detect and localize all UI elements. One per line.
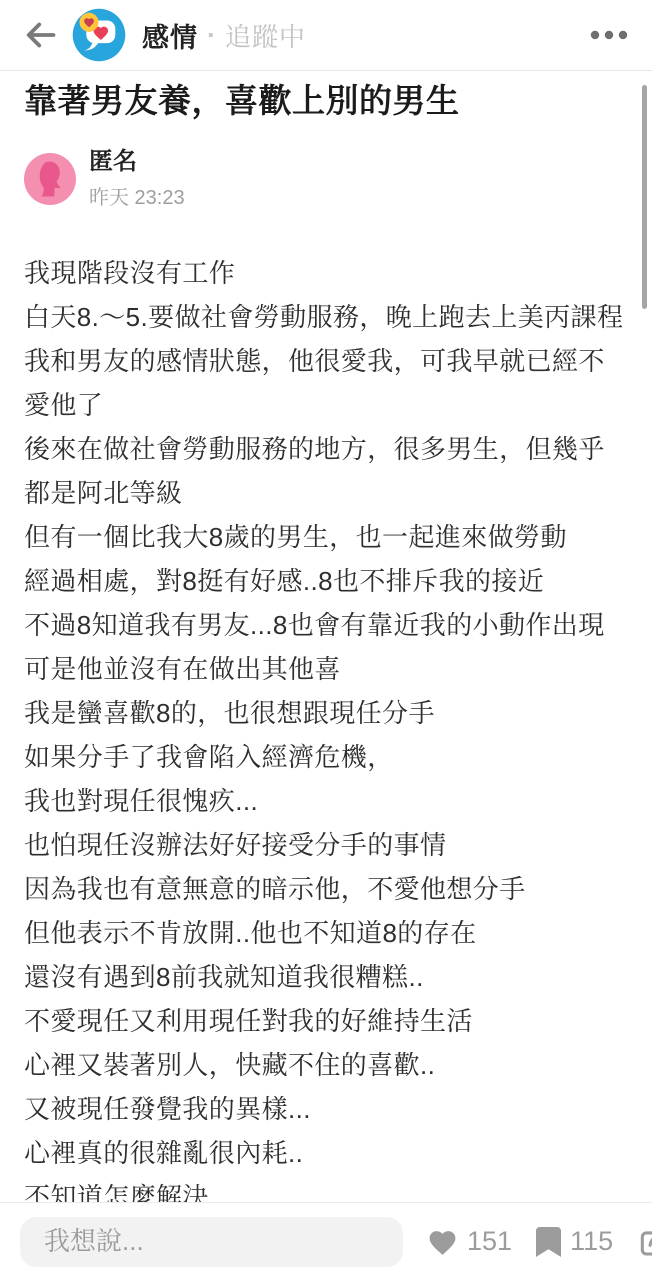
more-horizontal-icon	[590, 30, 628, 40]
heart-icon	[427, 1227, 458, 1256]
anonymous-avatar-icon	[24, 153, 76, 205]
arrow-left-icon	[22, 17, 58, 53]
more-options-button[interactable]	[584, 24, 634, 46]
board-heart-chat-icon	[70, 6, 128, 64]
bookmark-count: 115	[570, 1226, 613, 1257]
back-button[interactable]	[18, 13, 62, 57]
follow-status-label: 追蹤中	[225, 17, 306, 54]
bottom-bar: 151 115 86	[0, 1202, 652, 1280]
share-icon	[637, 1226, 652, 1258]
author-row: 匿名 昨天 23:23	[24, 148, 628, 210]
author-name: 匿名	[89, 148, 185, 176]
post-body-text: 我現階段沒有工作 白天8.～5.要做社會勞動服務，晚上跑去上美丙課程 我和男友的…	[24, 251, 628, 1219]
author-meta: 匿名 昨天 23:23	[89, 148, 185, 210]
like-count: 151	[467, 1226, 512, 1257]
top-bar: 感情 · 追蹤中	[0, 0, 652, 71]
scrollbar-thumb[interactable]	[642, 85, 647, 309]
bookmark-icon	[536, 1227, 561, 1257]
post-timestamp: 昨天 23:23	[89, 181, 185, 210]
board-name: 感情	[142, 16, 198, 55]
post-content: 靠著男友養，喜歡上別的男生 匿名 昨天 23:23 我現階段沒有工作 白天8.～…	[0, 80, 652, 1219]
share-button[interactable]: 86	[637, 1226, 652, 1258]
board-link[interactable]: 感情 · 追蹤中	[70, 6, 306, 64]
bookmark-button[interactable]: 115	[536, 1226, 613, 1257]
like-button[interactable]: 151	[427, 1226, 512, 1257]
app-screen: 感情 · 追蹤中 靠著男友養，喜歡上別的男生 匿名 昨天 23:23 我現階段	[0, 0, 652, 1280]
comment-input[interactable]	[20, 1217, 403, 1267]
post-title: 靠著男友養，喜歡上別的男生	[24, 80, 628, 121]
separator-dot: ·	[207, 20, 216, 51]
